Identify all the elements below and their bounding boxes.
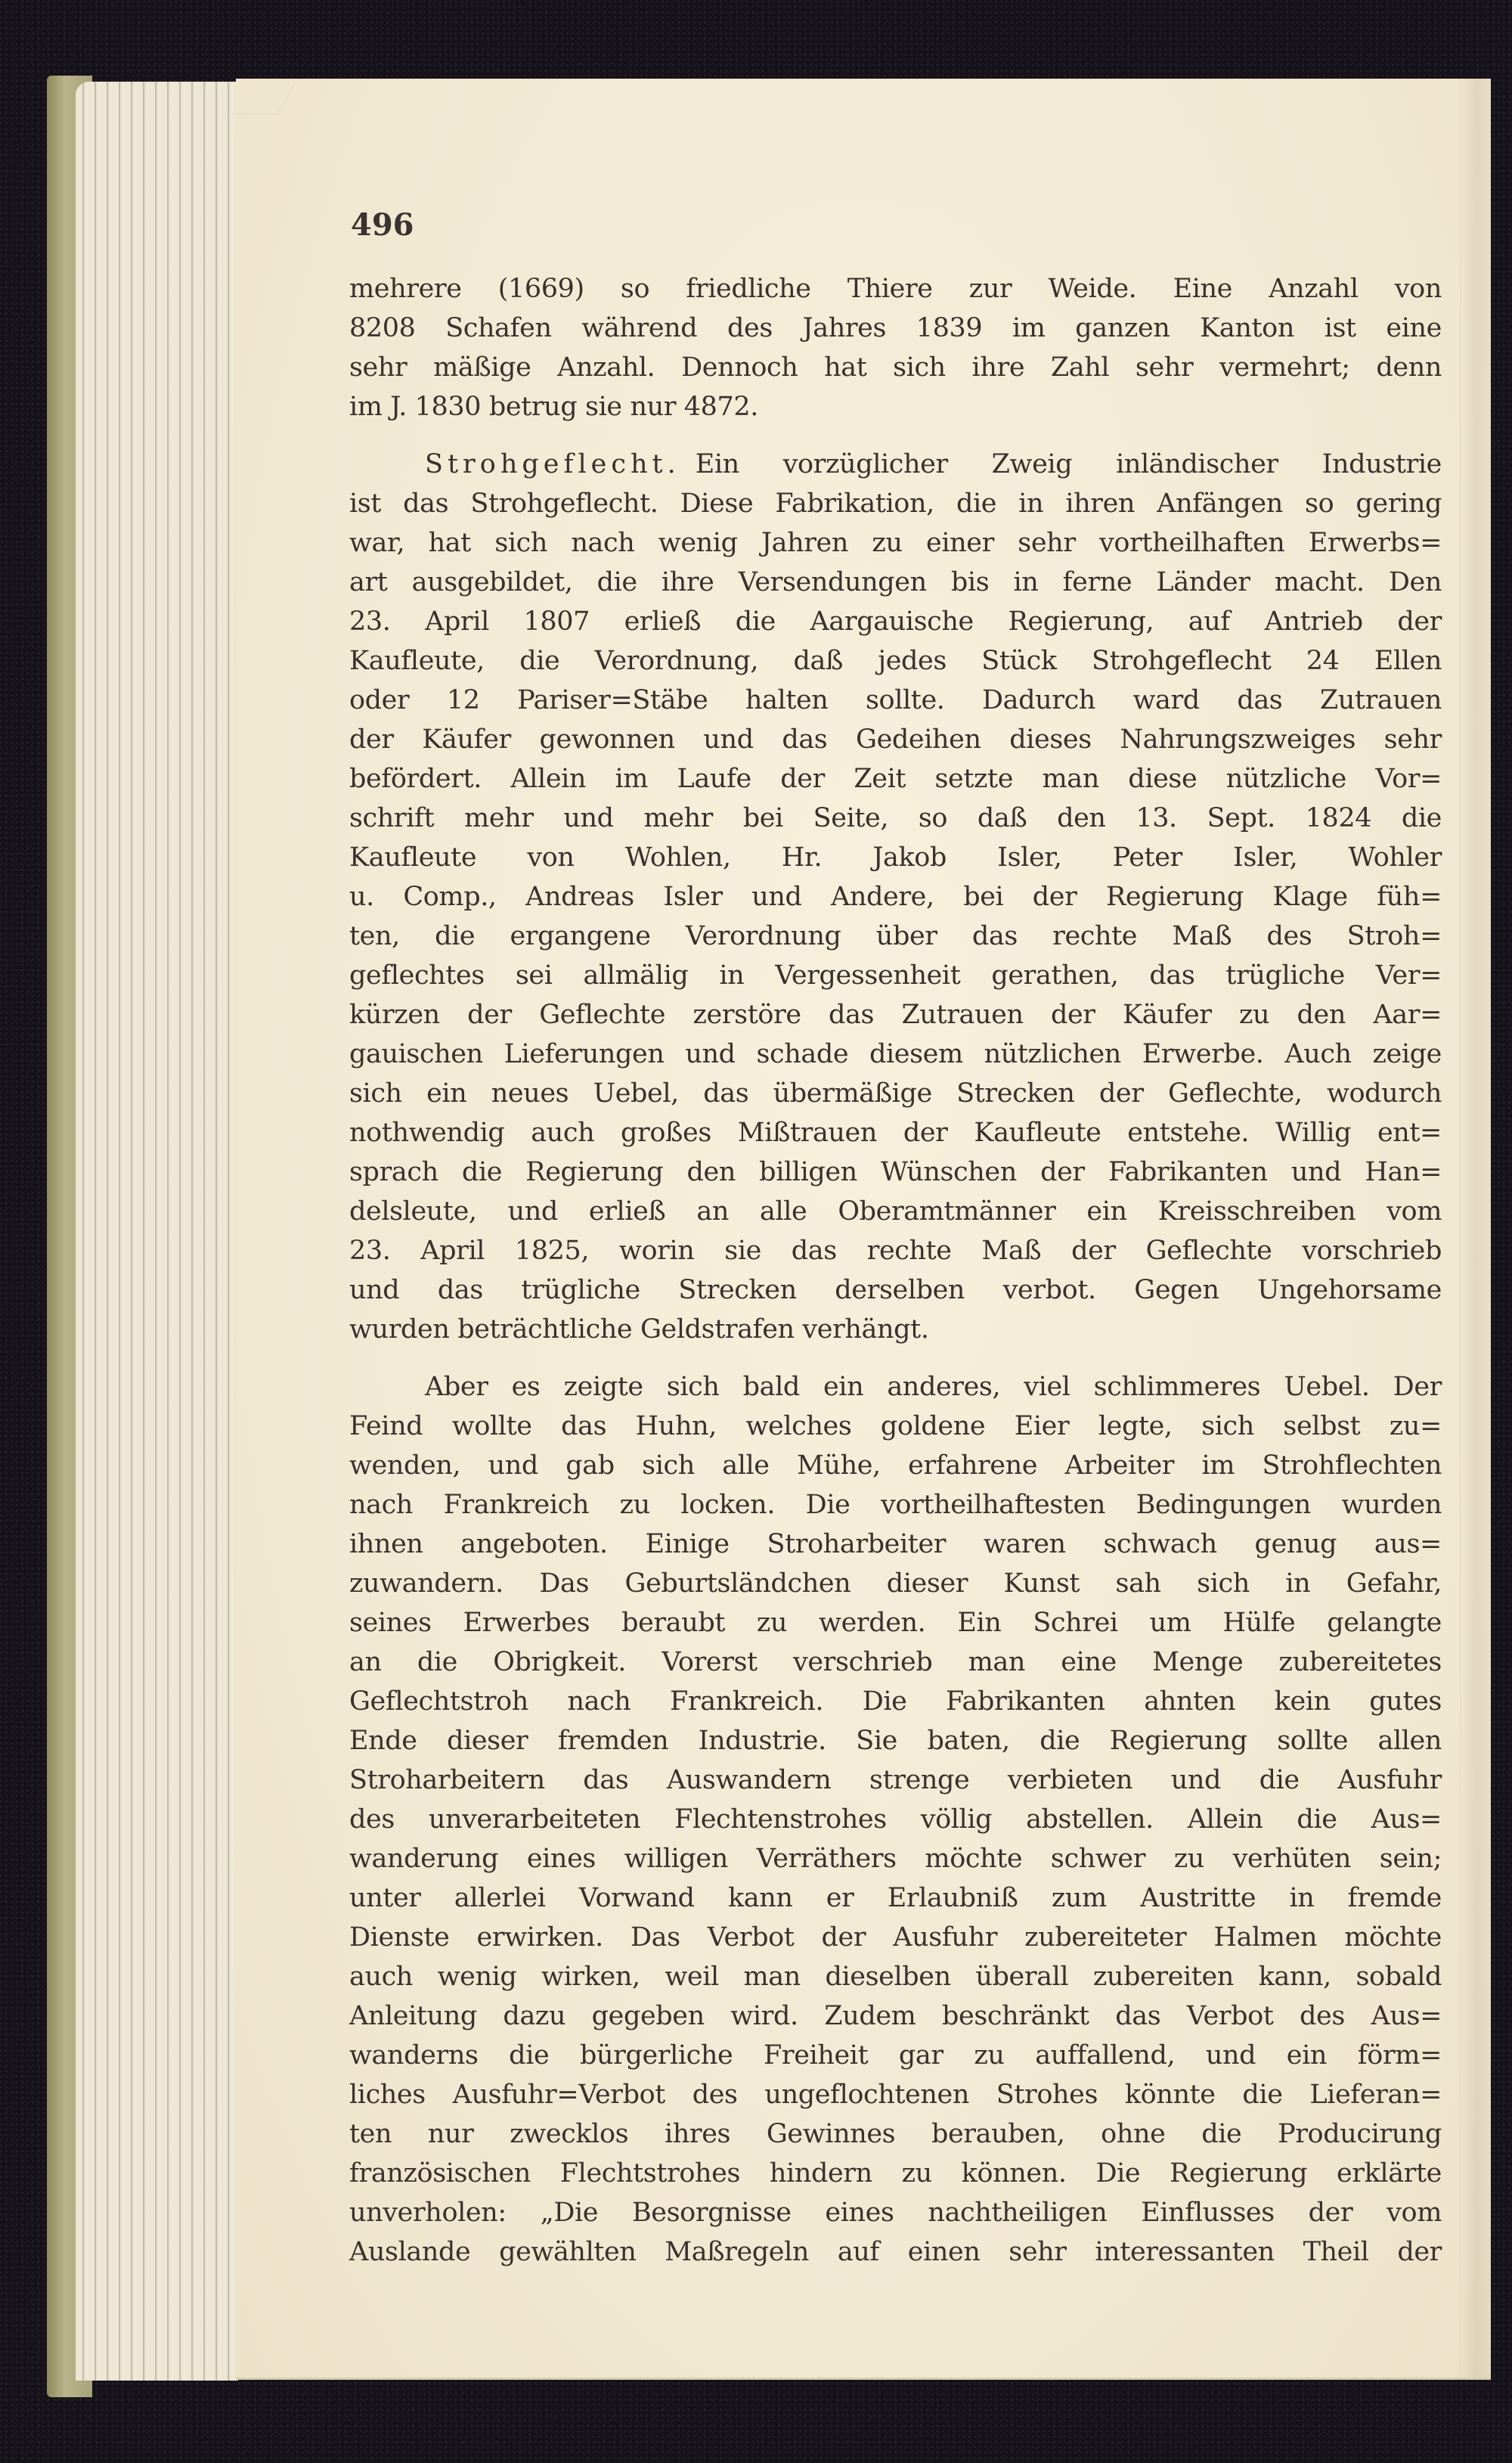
text-line: u. Comp., Andreas Isler und Andere, bei …	[349, 877, 1442, 917]
text-line: der Käufer gewonnen und das Gedeihen die…	[349, 720, 1442, 759]
text-line: sich ein neues Uebel, das übermäßige Str…	[349, 1074, 1442, 1113]
text-line: mehrere (1669) so friedliche Thiere zur …	[349, 269, 1442, 309]
text-line: an die Obrigkeit. Vorerst verschrieb man…	[349, 1643, 1442, 1682]
paragraph-3: Aber es zeigte sich bald ein anderes, vi…	[349, 1367, 1442, 2272]
section-heading: Strohgeflecht.	[425, 445, 680, 484]
text-line: ten nur zwecklos ihres Gewinnes berauben…	[349, 2114, 1442, 2154]
text-line: im J. 1830 betrug sie nur 4872.	[349, 387, 1442, 427]
text-line: nothwendig auch großes Mißtrauen der Kau…	[349, 1113, 1442, 1152]
text-line: seines Erwerbes beraubt zu werden. Ein S…	[349, 1603, 1442, 1643]
text-line: Kaufleute, die Verordnung, daß jedes Stü…	[349, 641, 1442, 681]
text-line: ten, die ergangene Verordnung über das r…	[349, 917, 1442, 956]
text-line: sprach die Regierung den billigen Wünsch…	[349, 1152, 1442, 1192]
text-line: geflechtes sei allmälig in Vergessenheit…	[349, 956, 1442, 995]
text-line: wurden beträchtliche Geldstrafen verhäng…	[349, 1310, 1442, 1349]
text-line: kürzen der Geflechte zerstöre das Zutrau…	[349, 995, 1442, 1035]
page-number: 496	[351, 207, 414, 243]
text-line: Aber es zeigte sich bald ein anderes, vi…	[349, 1367, 1442, 1407]
text-line: des unverarbeiteten Flechtenstrohes völl…	[349, 1800, 1442, 1839]
book-page: 496 mehrere (1669) so friedliche Thiere …	[236, 79, 1491, 2380]
text-line: schrift mehr und mehr bei Seite, so daß …	[349, 799, 1442, 838]
text-line: unverholen: „Die Besorgnisse eines nacht…	[349, 2193, 1442, 2232]
text-line: ist das Strohgeflecht. Diese Fabrikation…	[349, 484, 1442, 523]
text-line: Stroharbeitern das Auswandern strenge ve…	[349, 1760, 1442, 1800]
text-line: wenden, und gab sich alle Mühe, erfahren…	[349, 1446, 1442, 1485]
paragraph-1: mehrere (1669) so friedliche Thiere zur …	[349, 269, 1442, 427]
text-line: gauischen Lieferungen und schade diesem …	[349, 1035, 1442, 1074]
text-line: art ausgebildet, die ihre Versendungen b…	[349, 563, 1442, 602]
text-line: nach Frankreich zu locken. Die vortheilh…	[349, 1485, 1442, 1525]
text-line: ihnen angeboten. Einige Stroharbeiter wa…	[349, 1525, 1442, 1564]
text-line: 23. April 1825, worin sie das rechte Maß…	[349, 1231, 1442, 1270]
text-line: Anleitung dazu gegeben wird. Zudem besch…	[349, 1996, 1442, 2036]
text-line: französischen Flechtstrohes hindern zu k…	[349, 2154, 1442, 2193]
paragraph-strohgeflecht: Strohgeflecht. Ein vorzüglicher Zweig in…	[349, 445, 1442, 1349]
text-line: und das trügliche Strecken derselben ver…	[349, 1270, 1442, 1310]
text-line: sehr mäßige Anzahl. Dennoch hat sich ihr…	[349, 348, 1442, 387]
text-line: delsleute, und erließ an alle Oberamtmän…	[349, 1192, 1442, 1231]
text-line: Strohgeflecht. Ein vorzüglicher Zweig in…	[349, 445, 1442, 484]
page-gutter	[1460, 79, 1491, 2378]
page-edges-stack	[76, 82, 238, 2381]
text-line: auch wenig wirken, weil man dieselben üb…	[349, 1957, 1442, 1996]
text-line: befördert. Allein im Laufe der Zeit setz…	[349, 759, 1442, 799]
corner-fold	[231, 83, 296, 114]
body-text: mehrere (1669) so friedliche Thiere zur …	[349, 269, 1442, 2272]
text-line: Geflechtstroh nach Frankreich. Die Fabri…	[349, 1682, 1442, 1721]
text-line: wanderung eines willigen Verräthers möch…	[349, 1839, 1442, 1878]
text-line: 23. April 1807 erließ die Aargauische Re…	[349, 602, 1442, 641]
text-line: unter allerlei Vorwand kann er Erlaubniß…	[349, 1878, 1442, 1918]
text-line: 8208 Schafen während des Jahres 1839 im …	[349, 309, 1442, 348]
text-line-rest: Ein vorzüglicher Zweig inländischer Indu…	[680, 445, 1442, 484]
text-line: Dienste erwirken. Das Verbot der Ausfuhr…	[349, 1918, 1442, 1957]
text-line: war, hat sich nach wenig Jahren zu einer…	[349, 523, 1442, 563]
text-line: Auslande gewählten Maßregeln auf einen s…	[349, 2232, 1442, 2272]
text-line: zuwandern. Das Geburtsländchen dieser Ku…	[349, 1564, 1442, 1603]
text-line: liches Ausfuhr=Verbot des ungeflochtenen…	[349, 2075, 1442, 2114]
text-line: wanderns die bürgerliche Freiheit gar zu…	[349, 2036, 1442, 2075]
text-line: oder 12 Pariser=Stäbe halten sollte. Dad…	[349, 681, 1442, 720]
text-line: Ende dieser fremden Industrie. Sie baten…	[349, 1721, 1442, 1760]
text-line: Kaufleute von Wohlen, Hr. Jakob Isler, P…	[349, 838, 1442, 877]
text-line: Feind wollte das Huhn, welches goldene E…	[349, 1407, 1442, 1446]
